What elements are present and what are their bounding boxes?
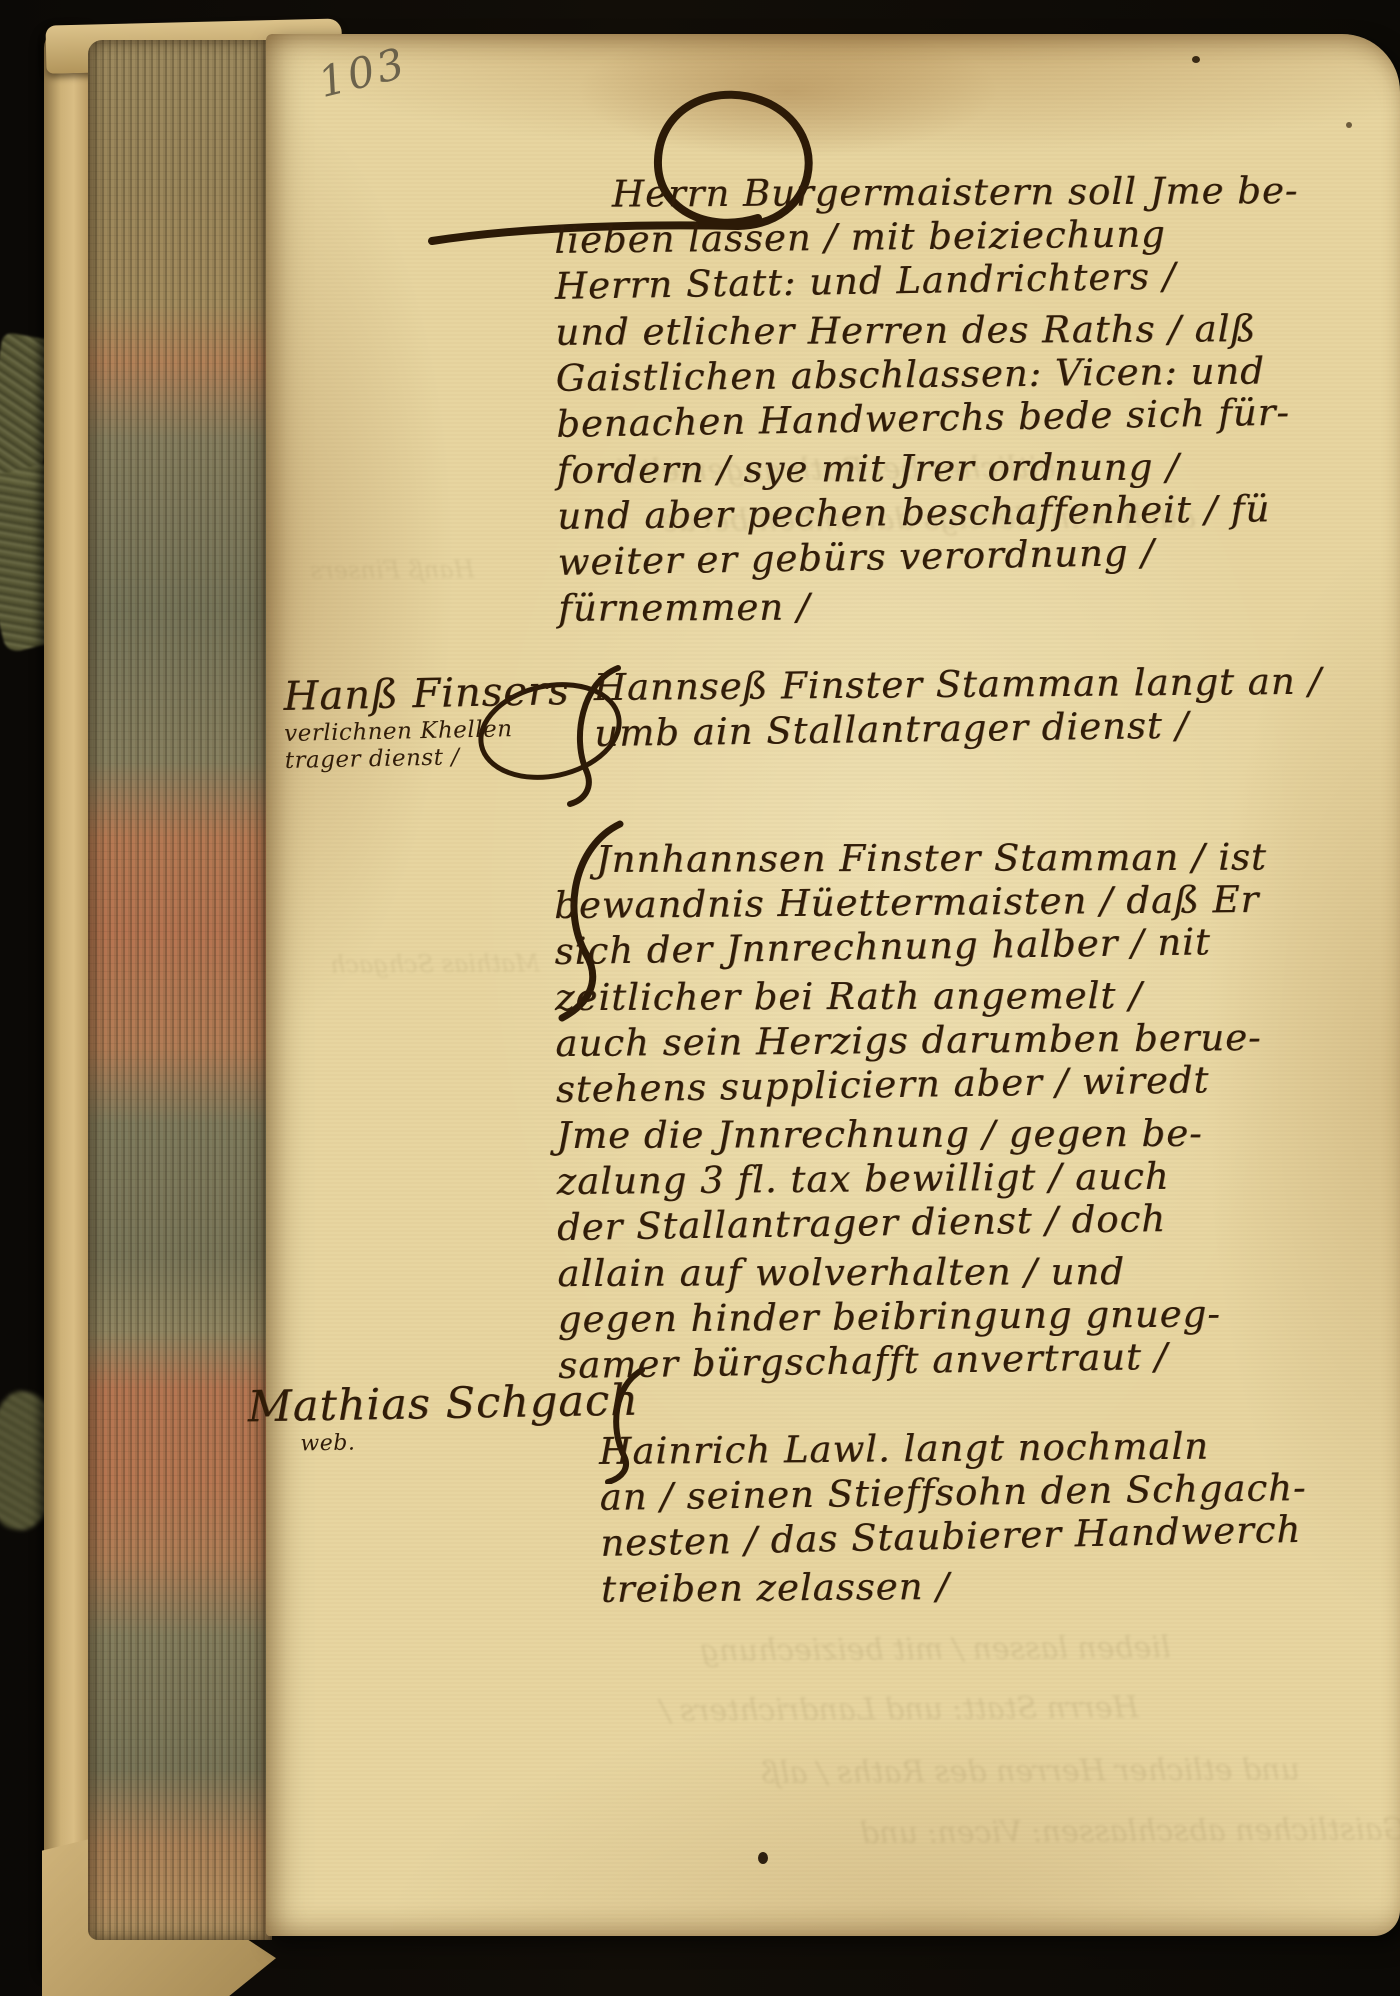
manuscript-photo: 103 zeitlicher bei Rath angemelt / auch … [0, 0, 1400, 1996]
manuscript-line: treiben zelassen / [601, 1561, 1308, 1613]
bleed-through-text: lieben lassen / mit beiziechung [700, 1630, 1171, 1668]
bleed-through-text: Herrn Statt: und Landrichters / [660, 1690, 1139, 1728]
entry-lawl-request: Hainrich Lawl. langt nochmaln an / seine… [599, 1419, 1308, 1613]
margin-note-title: Mathias Schgach [247, 1377, 639, 1432]
manuscript-line: und etlicher Herren des Raths / alß [555, 306, 1300, 356]
margin-note-hans-finsers: Hanß Finsers verlichnen Khellen trager d… [283, 667, 571, 775]
manuscript-line: fürnemmen / [558, 582, 1303, 632]
manuscript-line: Jnnhannsen Finster Stamman / ist [554, 835, 1267, 883]
entry-resolution: Jnnhannsen Finster Stamman / ist bewandn… [554, 831, 1272, 1389]
margin-note-mathias-schgach: Mathias Schgach web. [247, 1377, 639, 1459]
manuscript-line: Hainrich Lawl. langt nochmaln [599, 1423, 1306, 1475]
bleed-through-text: Mathias Schgach [330, 949, 540, 978]
bleed-through-text: und etlicher Herren des Raths / alß [760, 1752, 1300, 1791]
ink-fleck [1192, 56, 1200, 63]
entry-council-preamble: Herrn Burgermaistern soll Jme be- lieben… [554, 164, 1303, 632]
ink-fleck [1346, 122, 1352, 128]
bleed-through-text: Hanß Finsers [310, 555, 475, 584]
manuscript-line: allain auf wolverhalten / und [557, 1249, 1270, 1297]
manuscript-line: der Stallantrager dienst / doch [557, 1195, 1271, 1252]
manuscript-line: sich der Jnnrechnung halber / nit [554, 919, 1268, 976]
manuscript-line: Herrn Burgermaistern soll Jme be- [554, 168, 1299, 218]
manuscript-line: Hannseß Finster Stamman langt an / [594, 659, 1323, 711]
margin-note-title: Hanß Finsers [283, 667, 570, 721]
manuscript-line: Jme die Jnnrechnung / gegen be- [556, 1111, 1269, 1159]
manuscript-line: zeitlicher bei Rath angemelt / [555, 973, 1268, 1021]
parchment-cover-edge [44, 28, 92, 1980]
manuscript-line: samer bürgschafft anvertraut / [558, 1333, 1272, 1390]
manuscript-line: fordern / sye mit Jrer ordnung / [557, 444, 1302, 494]
book-page-edges [88, 40, 272, 1940]
bleed-through-text: Gaistlichen abschlassen: Vicen: und [860, 1812, 1400, 1851]
ink-fleck [758, 1852, 768, 1864]
manuscript-line: stehens suppliciern aber / wiredt [555, 1057, 1269, 1114]
entry-finster-petition: Hannseß Finster Stamman langt an / umb a… [593, 655, 1322, 757]
